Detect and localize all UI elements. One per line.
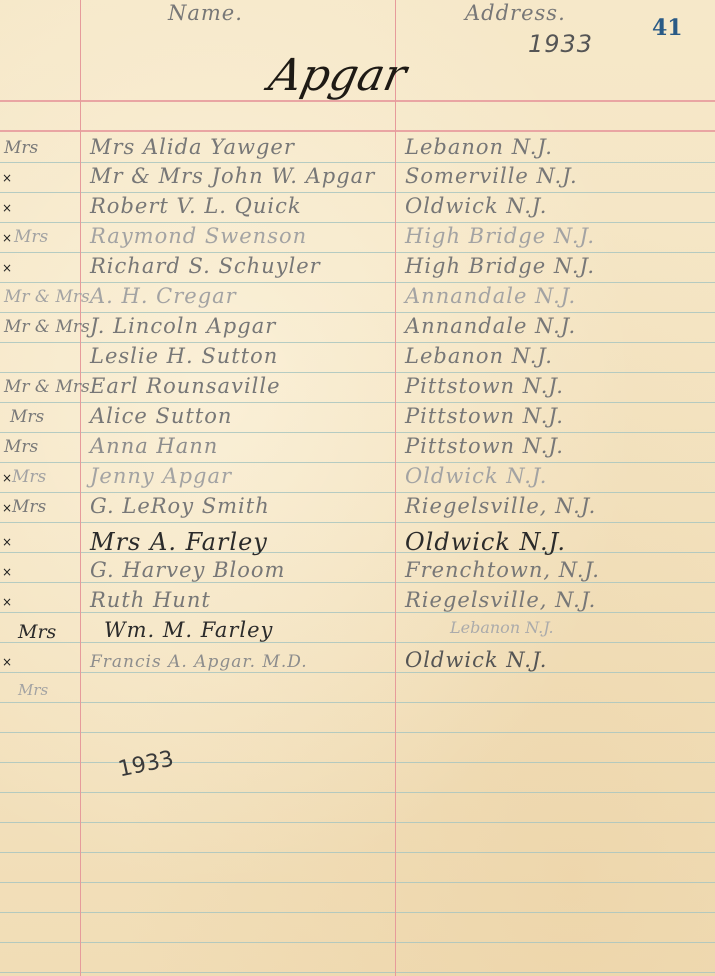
entry-name: Earl Rounsaville [90,374,281,398]
check-mark-icon: × [2,261,12,275]
surname-heading: Apgar [265,50,411,101]
entry-address: Pittstown N.J. [405,404,564,428]
title-annotation: Mrs [14,227,48,247]
entry-address: Riegelsville, N.J. [405,494,596,518]
ledger-row: Mrs Mrs Alida Yawger Lebanon N.J. [0,134,715,164]
check-mark-icon: × [2,565,12,579]
entry-address: Pittstown N.J. [405,434,564,458]
year-heading: 1933 [528,30,593,58]
ruled-line [0,912,715,913]
title-annotation: Mrs [18,681,48,699]
entry-name: A. H. Cregar [90,284,237,308]
entry-name: Mrs Alida Yawger [90,135,295,159]
year-annotation: 1933 [116,746,176,782]
ruled-line [0,852,715,853]
ledger-row: × Mrs Jenny Apgar Oldwick N.J. [0,463,715,493]
entry-address: Pittstown N.J. [405,374,564,398]
ledger-row: Leslie H. Sutton Lebanon N.J. [0,343,715,373]
column-header-address: Address. [465,1,566,25]
check-mark-icon: × [2,655,12,669]
ledger-row: × Mr & Mrs John W. Apgar Somerville N.J. [0,163,715,193]
title-annotation: Mrs [10,407,44,427]
entry-address: Annandale N.J. [405,314,576,338]
entry-name: G. Harvey Bloom [90,558,285,582]
ruled-line [0,882,715,883]
title-annotation: Mrs [12,497,46,517]
ruled-line [0,762,715,763]
title-annotation: Mrs [18,621,56,643]
entry-name: Robert V. L. Quick [90,194,302,218]
entry-address: Somerville N.J. [405,164,578,188]
entry-name: Alice Sutton [90,404,232,428]
ledger-row: Mr & Mrs Earl Rounsaville Pittstown N.J. [0,373,715,403]
entry-address: High Bridge N.J. [405,254,595,278]
title-annotation: Mrs [4,437,38,457]
column-header-name: Name. [168,1,243,25]
ledger-row: Mrs Alice Sutton Pittstown N.J. [0,403,715,433]
ledger-row: × Francis A. Apgar. M.D. Oldwick N.J. [0,647,715,677]
entry-name: Francis A. Apgar. M.D. [90,652,308,672]
title-annotation: Mr & Mrs [4,287,90,307]
check-mark-icon: × [2,535,12,549]
page-number: 41 [652,15,683,41]
entry-name: Leslie H. Sutton [90,344,278,368]
ledger-row: Mr & Mrs A. H. Cregar Annandale N.J. [0,283,715,313]
ledger-row: × Mrs Raymond Swenson High Bridge N.J. [0,223,715,253]
ruled-line [0,792,715,793]
entry-address: Oldwick N.J. [405,648,547,672]
check-mark-icon: × [2,471,12,485]
ledger-row: × Mrs A. Farley Oldwick N.J. [0,527,715,557]
entry-name: Raymond Swenson [90,224,307,248]
crossed-address-note: Lebanon N.J. [450,618,554,637]
ledger-row: Mr & Mrs J. Lincoln Apgar Annandale N.J. [0,313,715,343]
entry-address: High Bridge N.J. [405,224,595,248]
ledger-row: × Robert V. L. Quick Oldwick N.J. [0,193,715,223]
entry-name: Anna Hann [90,434,218,458]
entry-name: Richard S. Schuyler [90,254,321,278]
title-annotation: Mr & Mrs [4,377,90,397]
ledger-row: × Mrs G. LeRoy Smith Riegelsville, N.J. [0,493,715,523]
entry-name: Mrs A. Farley [90,528,268,556]
title-annotation: Mrs [4,138,38,158]
ledger-row: × Ruth Hunt Riegelsville, N.J. [0,587,715,617]
ruled-line [0,972,715,973]
ledger-row: × G. Harvey Bloom Frenchtown, N.J. [0,557,715,587]
entry-name: Mr & Mrs John W. Apgar [90,164,375,188]
title-annotation: Mr & Mrs [4,317,90,337]
entry-address: Lebanon N.J. [405,344,553,368]
entry-address: Oldwick N.J. [405,194,547,218]
title-annotation: Mrs [12,467,46,487]
entry-address: Riegelsville, N.J. [405,588,596,612]
entry-name: G. LeRoy Smith [90,494,270,518]
ledger-page: 41 1933 Apgar Name. Address. Mrs Mrs Ali… [0,0,715,976]
check-mark-icon: × [2,171,12,185]
ruled-line [0,822,715,823]
entry-address: Lebanon N.J. [405,135,553,159]
entry-address: Frenchtown, N.J. [405,558,600,582]
entry-name: Jenny Apgar [90,464,232,488]
entry-address: Oldwick N.J. [405,464,547,488]
ledger-row: Mrs [0,677,715,707]
ledger-row: Mrs Anna Hann Pittstown N.J. [0,433,715,463]
entry-name: J. Lincoln Apgar [90,314,276,338]
check-mark-icon: × [2,231,12,245]
entry-address: Annandale N.J. [405,284,576,308]
entry-address: Oldwick N.J. [405,528,566,556]
ledger-row: Mrs Wm. M. Farley [0,617,715,647]
ruled-line [0,732,715,733]
header-rule-bottom [0,130,715,132]
check-mark-icon: × [2,595,12,609]
ledger-row: × Richard S. Schuyler High Bridge N.J. [0,253,715,283]
check-mark-icon: × [2,501,12,515]
ruled-line [0,942,715,943]
entry-name: Wm. M. Farley [104,618,273,642]
check-mark-icon: × [2,201,12,215]
entry-name: Ruth Hunt [90,588,211,612]
